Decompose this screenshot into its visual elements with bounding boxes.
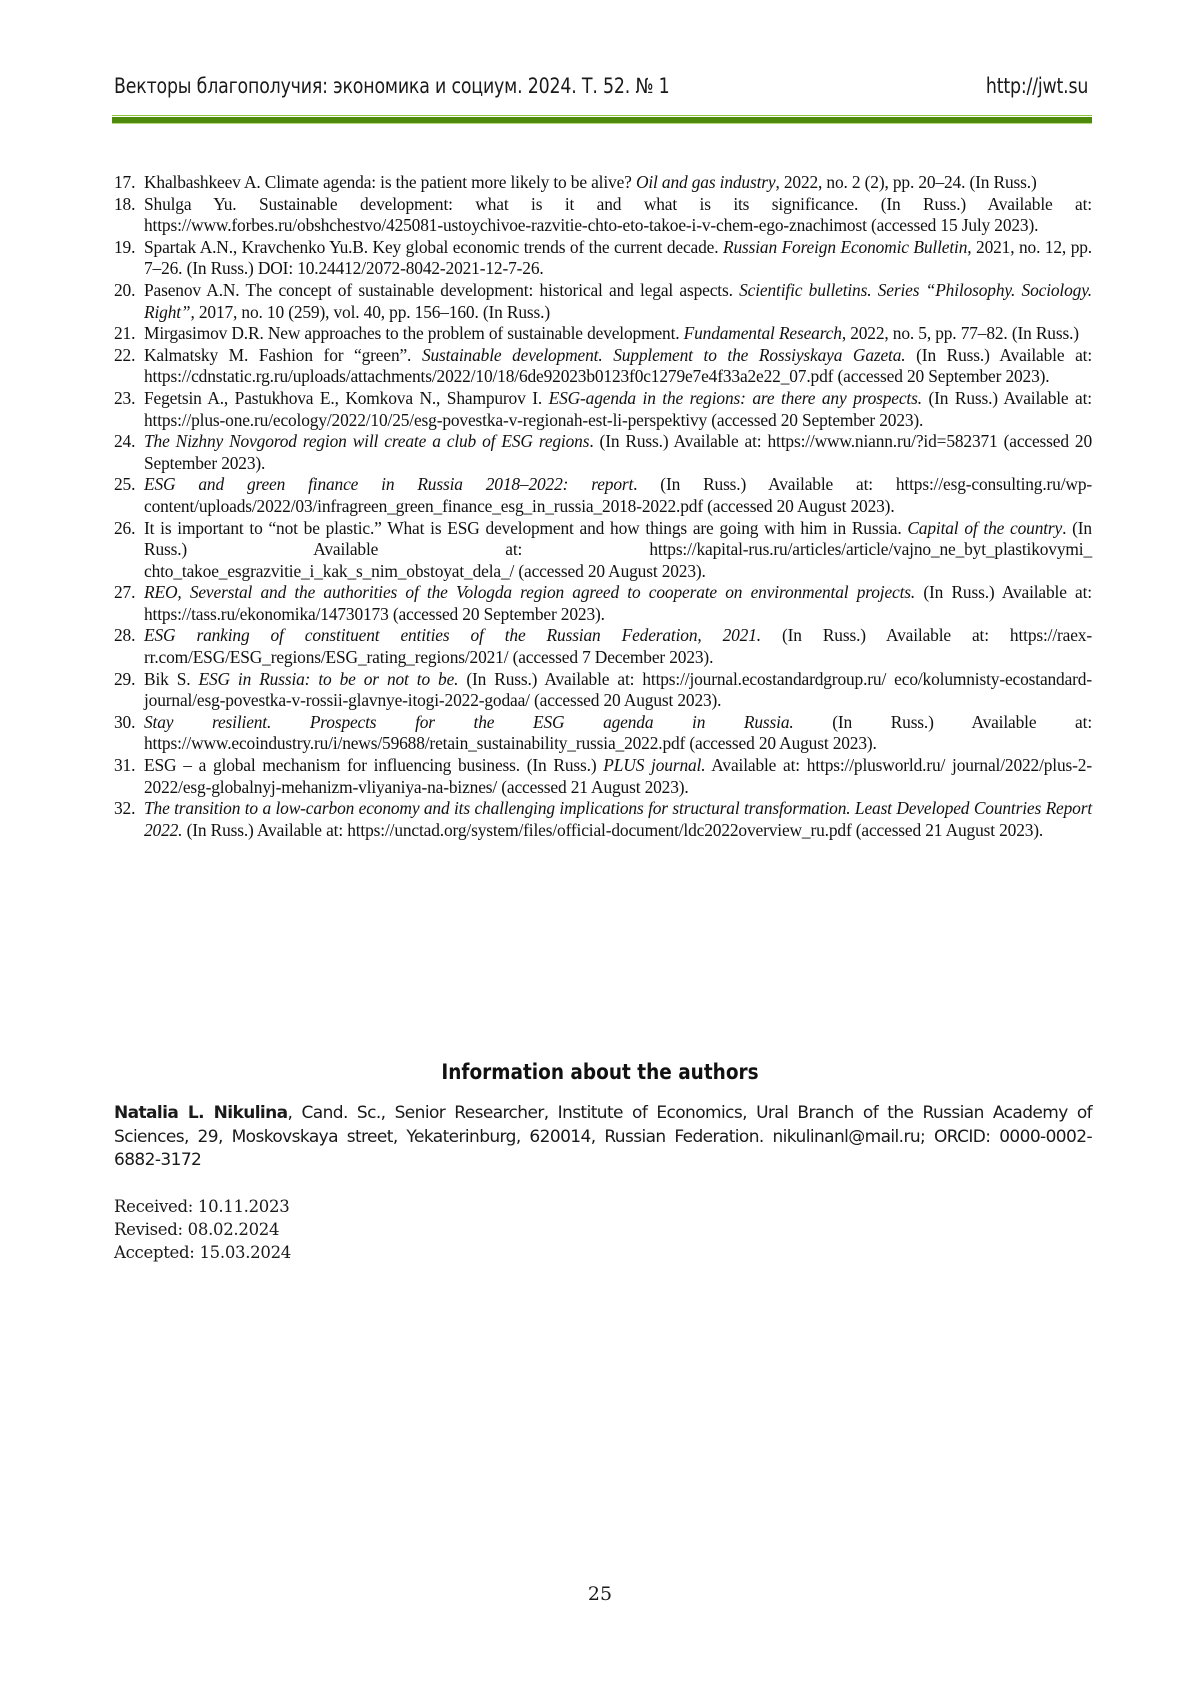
reference-text: Spartak A.N., Kravchenko Yu.B. Key globa… [144, 237, 723, 257]
reference-item: 32.The transition to a low-carbon econom… [114, 798, 1092, 841]
reference-number: 22. [114, 345, 135, 367]
page-number: 25 [0, 1583, 1200, 1605]
reference-source-title: PLUS journal. [603, 755, 705, 775]
reference-item: 24.The Nizhny Novgorod region will creat… [114, 431, 1092, 474]
reference-number: 23. [114, 388, 135, 410]
reference-source-title: ESG and green finance in Russia 2018–202… [144, 474, 633, 494]
reference-item: 18.Shulga Yu. Sustainable development: w… [114, 194, 1092, 237]
reference-number: 19. [114, 237, 135, 259]
reference-number: 32. [114, 798, 135, 820]
reference-text: (In Russ.) Available at: https://unctad.… [182, 820, 1043, 840]
reference-source-title: ESG-agenda in the regions: are there any… [549, 388, 922, 408]
date-accepted: Accepted: 15.03.2024 [114, 1241, 291, 1264]
reference-item: 30.Stay resilient. Prospects for the ESG… [114, 712, 1092, 755]
reference-list: 17.Khalbashkeev A. Climate agenda: is th… [114, 172, 1092, 841]
reference-item: 21.Mirgasimov D.R. New approaches to the… [114, 323, 1092, 345]
reference-item: 31.ESG – a global mechanism for influenc… [114, 755, 1092, 798]
author-name: Natalia L. Nikulina [114, 1103, 288, 1123]
running-header: Векторы благополучия: экономика и социум… [114, 74, 1088, 108]
reference-number: 28. [114, 625, 135, 647]
reference-text: Mirgasimov D.R. New approaches to the pr… [144, 323, 684, 343]
reference-number: 18. [114, 194, 135, 216]
reference-item: 17.Khalbashkeev A. Climate agenda: is th… [114, 172, 1092, 194]
journal-url[interactable]: http://jwt.su [986, 74, 1088, 98]
reference-source-title: The Nizhny Novgorod region will create a… [144, 431, 589, 451]
reference-number: 27. [114, 582, 135, 604]
reference-item: 26.It is important to “not be plastic.” … [114, 518, 1092, 583]
date-received: Received: 10.11.2023 [114, 1195, 291, 1218]
reference-item: 22.Kalmatsky M. Fashion for “green”. Sus… [114, 345, 1092, 388]
reference-source-title: ESG in Russia: to be or not to be. [198, 669, 458, 689]
divider-edge-line [112, 123, 1092, 124]
reference-item: 25.ESG and green finance in Russia 2018–… [114, 474, 1092, 517]
reference-source-title: Capital of the country [907, 518, 1062, 538]
reference-source-title: Fundamental Research [684, 323, 842, 343]
reference-number: 25. [114, 474, 135, 496]
reference-source-title: REO, Severstal and the authorities of th… [144, 582, 915, 602]
reference-text: Pasenov A.N. The concept of sustainable … [144, 280, 739, 300]
reference-number: 17. [114, 172, 135, 194]
reference-number: 24. [114, 431, 135, 453]
journal-title: Векторы благополучия: экономика и социум… [114, 74, 670, 98]
divider-thin-line [112, 115, 1092, 116]
reference-number: 29. [114, 669, 135, 691]
reference-text: , 2022, no. 5, pp. 77–82. (In Russ.) [842, 323, 1079, 343]
article-dates: Received: 10.11.2023 Revised: 08.02.2024… [114, 1195, 291, 1264]
reference-text: Kalmatsky M. Fashion for “green”. [144, 345, 422, 365]
header-divider [112, 115, 1092, 125]
date-revised: Revised: 08.02.2024 [114, 1218, 291, 1241]
reference-item: 19.Spartak A.N., Kravchenko Yu.B. Key gl… [114, 237, 1092, 280]
reference-number: 26. [114, 518, 135, 540]
reference-text: ESG – a global mechanism for influencing… [144, 755, 603, 775]
reference-text: , 2022, no. 2 (2), pp. 20–24. (In Russ.) [775, 172, 1036, 192]
reference-source-title: ESG ranking of constituent entities of t… [144, 625, 761, 645]
reference-item: 28.ESG ranking of constituent entities o… [114, 625, 1092, 668]
reference-source-title: Sustainable development. Supplement to t… [422, 345, 906, 365]
reference-item: 23.Fegetsin A., Pastukhova E., Komkova N… [114, 388, 1092, 431]
reference-text: Shulga Yu. Sustainable development: what… [144, 194, 1092, 236]
reference-item: 20.Pasenov A.N. The concept of sustainab… [114, 280, 1092, 323]
reference-item: 29.Bik S. ESG in Russia: to be or not to… [114, 669, 1092, 712]
reference-source-title: Stay resilient. Prospects for the ESG ag… [144, 712, 794, 732]
reference-text: , 2017, no. 10 (259), vol. 40, pp. 156–1… [190, 302, 550, 322]
reference-text: Khalbashkeev A. Climate agenda: is the p… [144, 172, 636, 192]
reference-item: 27.REO, Severstal and the authorities of… [114, 582, 1092, 625]
reference-number: 21. [114, 323, 135, 345]
reference-number: 31. [114, 755, 135, 777]
reference-text: Bik S. [144, 669, 198, 689]
reference-source-title: Oil and gas industry [636, 172, 776, 192]
reference-source-title: Russian Foreign Economic Bulletin [723, 237, 967, 257]
reference-text: Fegetsin A., Pastukhova E., Komkova N., … [144, 388, 549, 408]
reference-number: 20. [114, 280, 135, 302]
reference-number: 30. [114, 712, 135, 734]
author-info: Natalia L. Nikulina, Cand. Sc., Senior R… [114, 1102, 1092, 1173]
reference-text: It is important to “not be plastic.” Wha… [144, 518, 907, 538]
authors-section-title: Information about the authors [72, 1060, 1128, 1084]
